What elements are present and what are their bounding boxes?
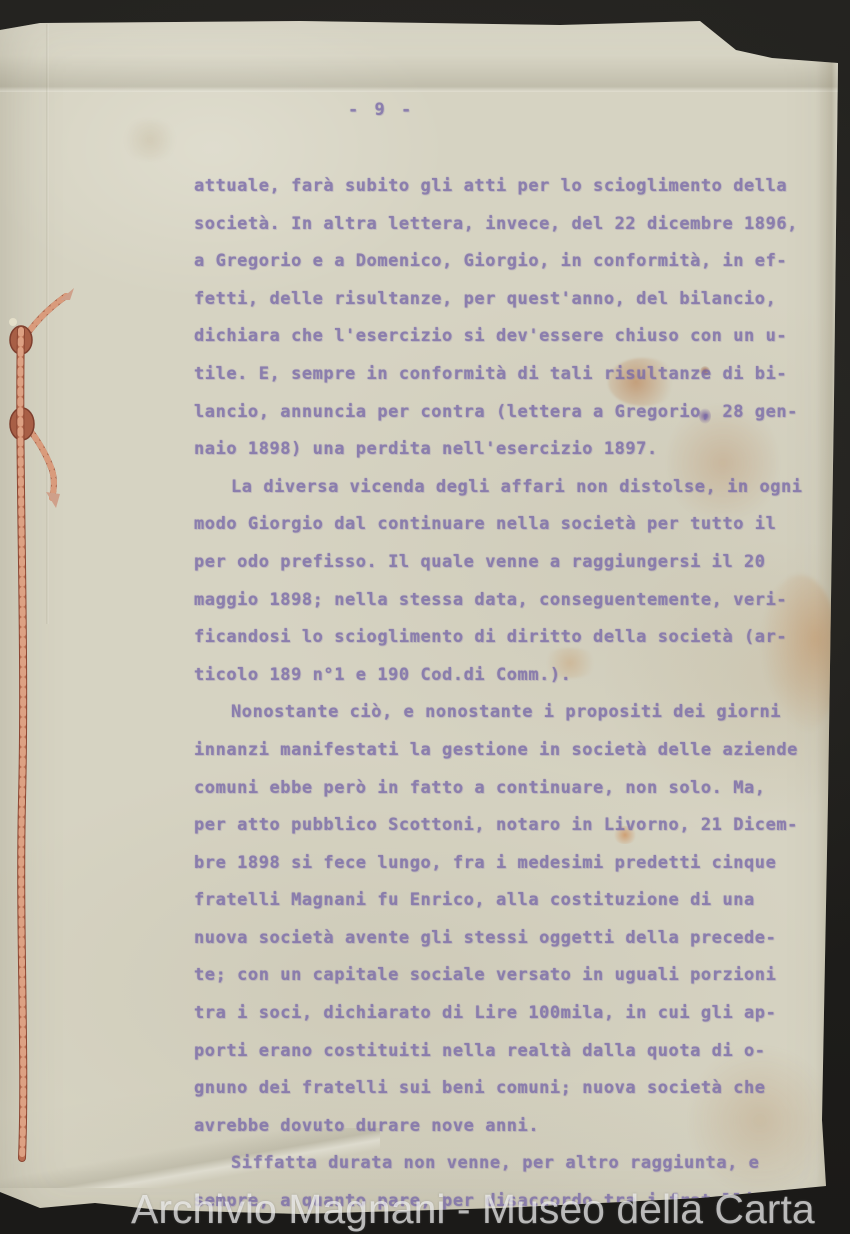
scanned-document-photo: - 9 - attuale, farà subito gli atti per … xyxy=(0,0,850,1234)
typewritten-line: società. In altra lettera, invece, del 2… xyxy=(194,206,814,244)
typewritten-line: naio 1898) una perdita nell'esercizio 18… xyxy=(194,431,814,469)
typewritten-line: per atto pubblico Scottoni, notaro in Li… xyxy=(194,807,814,845)
typewritten-line: comuni ebbe però in fatto a continuare, … xyxy=(194,770,814,808)
typewritten-line: nuova società avente gli stessi oggetti … xyxy=(194,920,814,958)
typewritten-line: per odo prefisso. Il quale venne a raggi… xyxy=(194,544,814,582)
typewritten-line: avrebbe dovuto durare nove anni. xyxy=(194,1108,814,1146)
typewritten-line: bre 1898 si fece lungo, fra i medesimi p… xyxy=(194,845,814,883)
typewritten-line: dichiara che l'esercizio si dev'essere c… xyxy=(194,318,814,356)
typewritten-line: attuale, farà subito gli atti per lo sci… xyxy=(194,168,814,206)
typewritten-line: Nonostante ciò, e nonostante i propositi… xyxy=(194,694,814,732)
typewritten-line: a Gregorio e a Domenico, Giorgio, in con… xyxy=(194,243,814,281)
typewritten-line: te; con un capitale sociale versato in u… xyxy=(194,957,814,995)
page-number: - 9 - xyxy=(348,100,414,120)
watermark-text: Archivio Magnani - Museo della Carta xyxy=(131,1186,850,1233)
typewritten-line: ticolo 189 n°1 e 190 Cod.di Comm.). xyxy=(194,657,814,695)
typewritten-line: gnuno dei fratelli sui beni comuni; nuov… xyxy=(194,1070,814,1108)
typewritten-line: innanzi manifestati la gestione in socie… xyxy=(194,732,814,770)
paper-crease xyxy=(46,24,49,624)
typewritten-line: porti erano costituiti nella realtà dall… xyxy=(194,1033,814,1071)
typewritten-text: attuale, farà subito gli atti per lo sci… xyxy=(194,168,814,1221)
typewritten-line: modo Giorgio dal continuare nella societ… xyxy=(194,506,814,544)
typewritten-line: lancio, annuncia per contra (lettera a G… xyxy=(194,394,814,432)
typewritten-line: fetti, delle risultanze, per quest'anno,… xyxy=(194,281,814,319)
typewritten-line: tile. E, sempre in conformità di tali ri… xyxy=(194,356,814,394)
typewritten-line: La diversa vicenda degli affari non dist… xyxy=(194,469,814,507)
typewritten-line: tra i soci, dichiarato di Lire 100mila, … xyxy=(194,995,814,1033)
typewritten-line: maggio 1898; nella stessa data, consegue… xyxy=(194,582,814,620)
paper-stain xyxy=(120,120,180,160)
document-page: - 9 - attuale, farà subito gli atti per … xyxy=(0,0,850,1234)
typewritten-line: Siffatta durata non venne, per altro rag… xyxy=(194,1145,814,1183)
typewritten-line: ficandosi lo scioglimento di diritto del… xyxy=(194,619,814,657)
typewritten-line: fratelli Magnani fu Enrico, alla costitu… xyxy=(194,882,814,920)
